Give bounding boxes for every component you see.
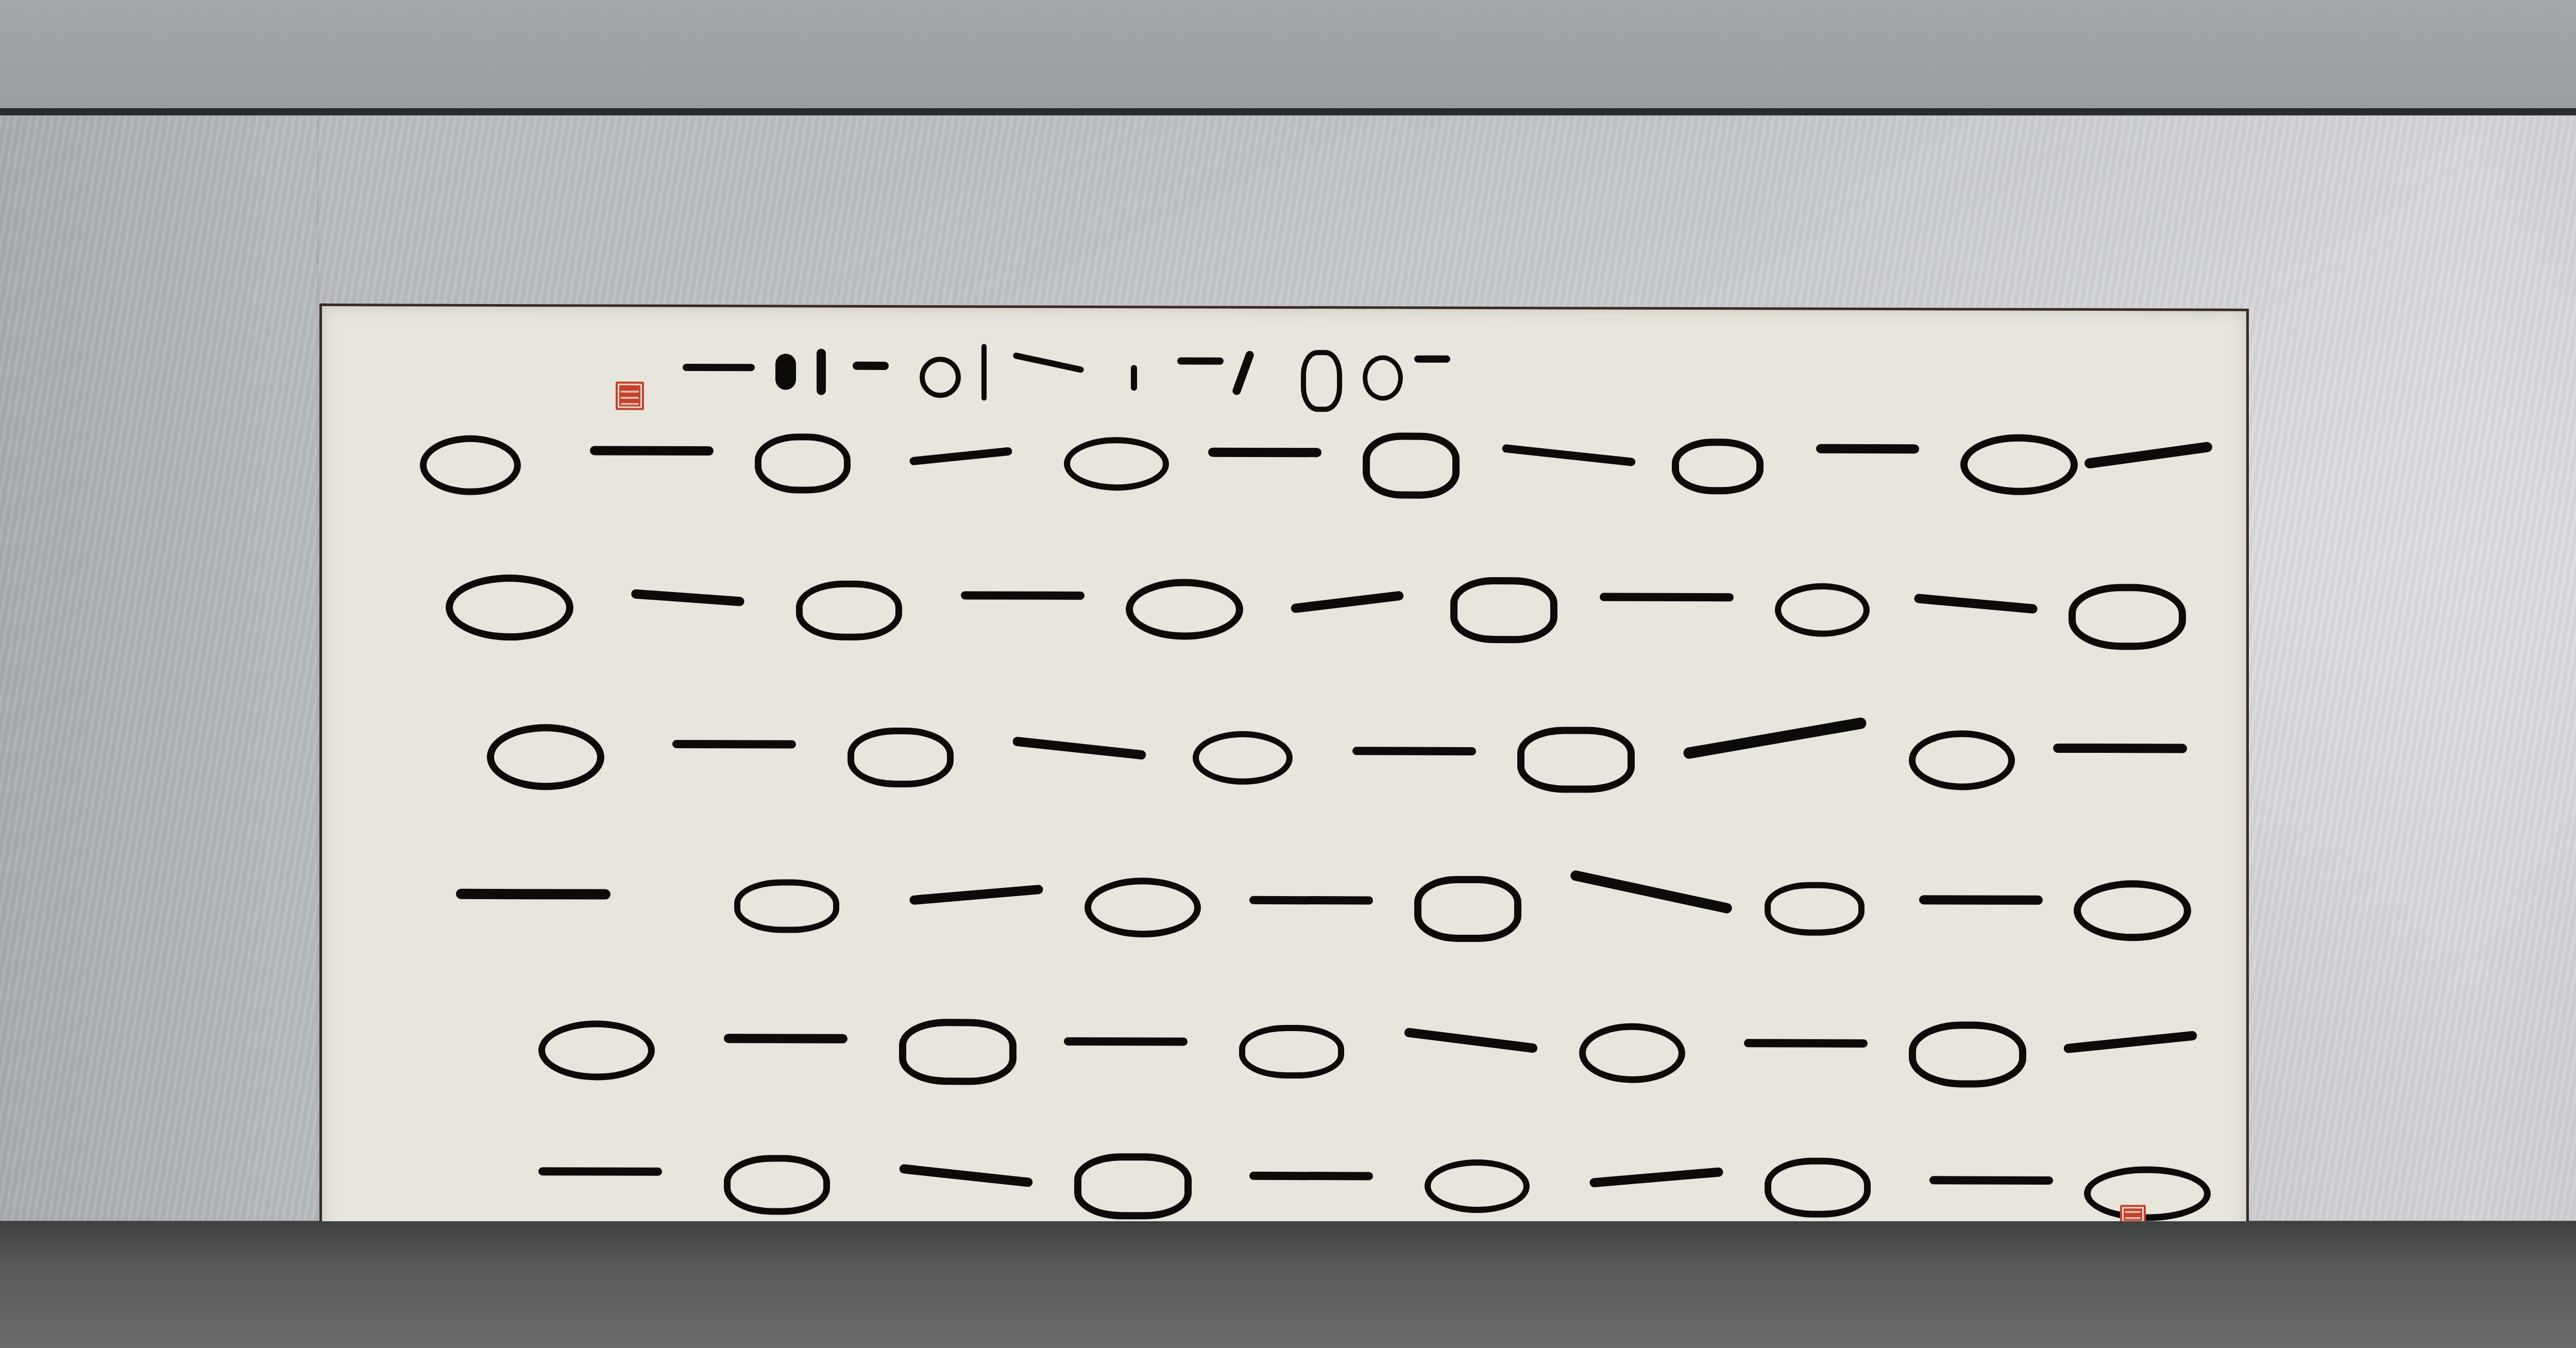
mount-seam [317, 115, 319, 1221]
artist-seal [616, 382, 644, 410]
calligraphy-paper: Cursive script (草书) [319, 304, 2249, 1259]
inscription-line [683, 338, 1968, 403]
text-column-5 [343, 1012, 2226, 1094]
hanging-scroll: Cursive script (草书) [0, 108, 2576, 1224]
text-column-6 [343, 1146, 2226, 1223]
text-column-3 [343, 718, 2226, 801]
wall-shadow-bottom [0, 1221, 2576, 1348]
text-column-1 [343, 425, 2226, 507]
text-column-4 [343, 868, 2226, 950]
wall-background-top [0, 0, 2576, 111]
text-column-2 [343, 569, 2226, 651]
